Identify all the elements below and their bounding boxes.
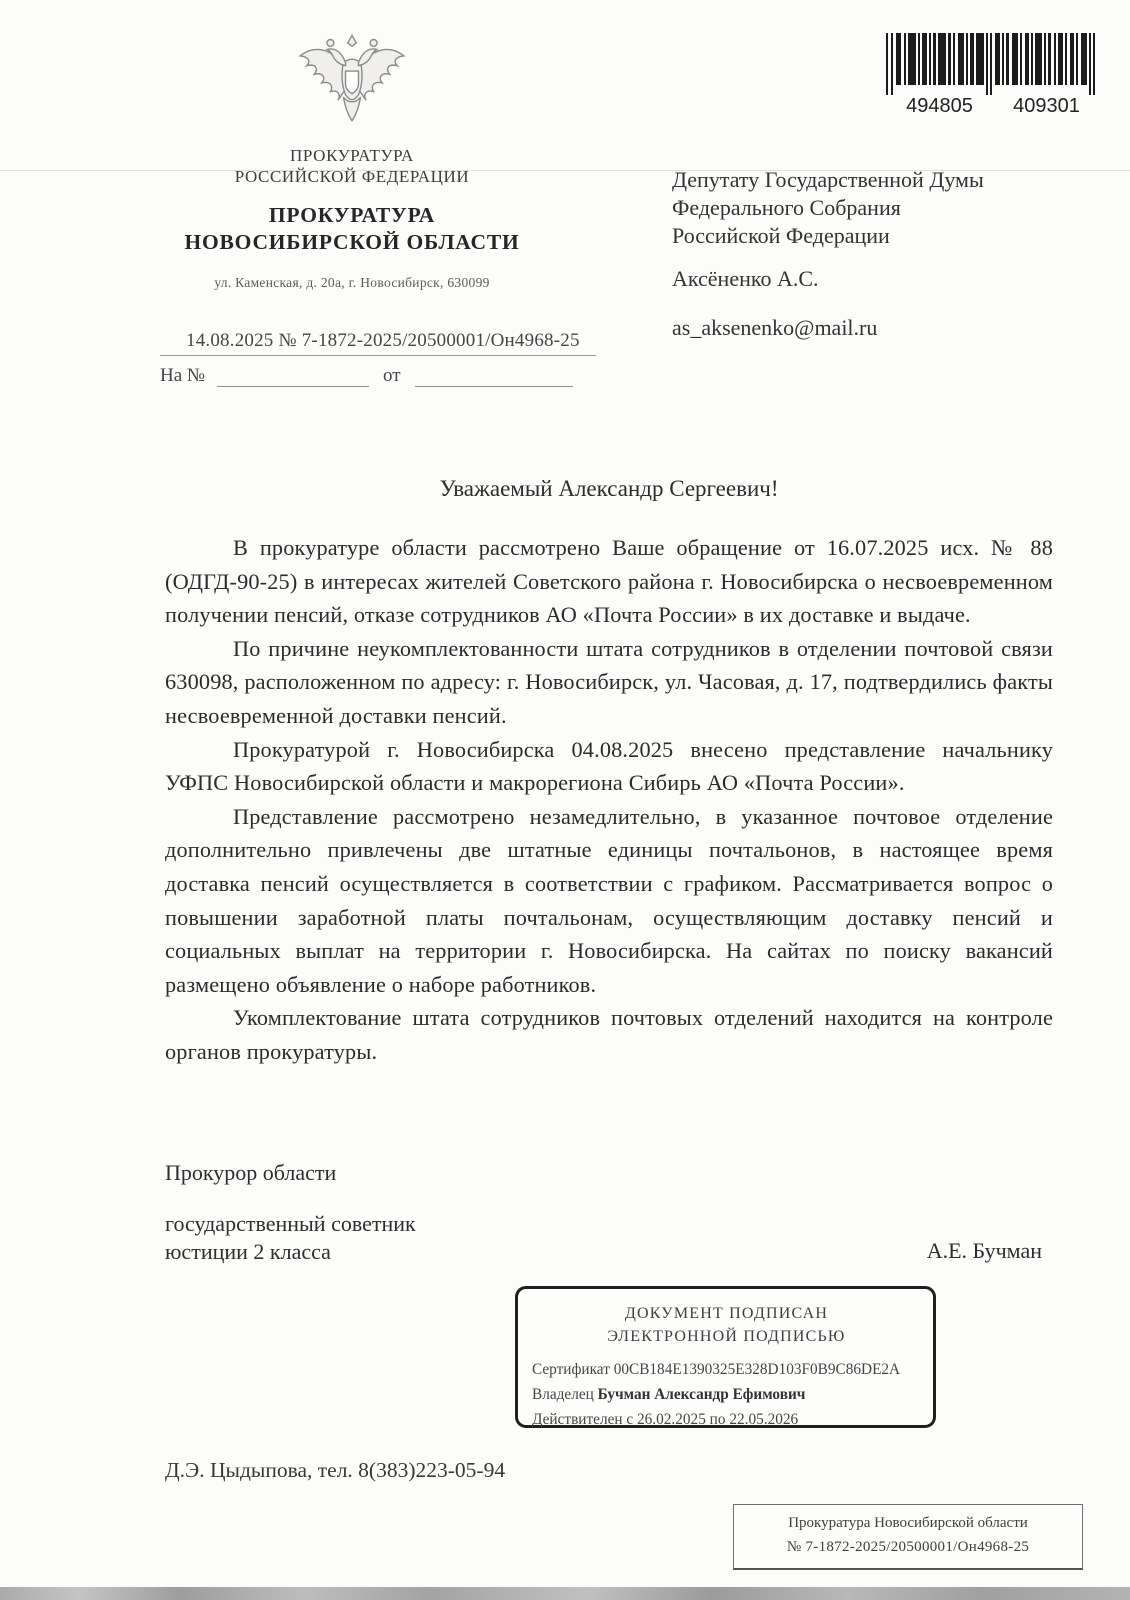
reply-number-blank (217, 366, 369, 387)
electronic-signature-stamp: ДОКУМЕНТ ПОДПИСАН ЭЛЕКТРОННОЙ ПОДПИСЬЮ С… (515, 1286, 936, 1428)
stamp-title-line1: ДОКУМЕНТ ПОДПИСАН (532, 1302, 921, 1325)
reference-block: 14.08.2025 № 7-1872-2025/20500001/Он4968… (160, 330, 596, 387)
signer-rank-line2: юстиции 2 класса (165, 1238, 416, 1266)
recipient-line: Федерального Собрания (672, 194, 984, 222)
barcode-number-right: 409301 (993, 95, 1100, 118)
stamp-certificate-row: Сертификат 00CB184E1390325E328D103F0B9C8… (532, 1357, 921, 1382)
body-paragraph: Представление рассмотрено незамедлительн… (165, 800, 1053, 1002)
reply-date-blank (415, 366, 573, 387)
body-paragraph: Укомплектование штата сотрудников почтов… (165, 1001, 1053, 1068)
scan-artifact-bottom-edge (0, 1587, 1130, 1600)
letter-body: В прокуратуре области рассмотрено Ваше о… (165, 531, 1053, 1069)
barcode: 494805 409301 (886, 33, 1100, 118)
registration-number: № 7-1872-2025/20500001/Он4968-25 (734, 1539, 1082, 1556)
russia-coat-of-arms-icon (286, 30, 418, 138)
parent-org-line1: ПРОКУРАТУРА (168, 145, 536, 166)
signer-rank: государственный советник юстиции 2 класс… (165, 1210, 416, 1266)
org-name: ПРОКУРАТУРА НОВОСИБИРСКОЙ ОБЛАСТИ (168, 202, 536, 256)
barcode-number-left: 494805 (886, 95, 993, 118)
parent-org-line2: РОССИЙСКОЙ ФЕДЕРАЦИИ (168, 166, 536, 187)
recipient-line: Депутату Государственной Думы (672, 166, 984, 194)
registration-stamp-box: Прокуратура Новосибирской области № 7-18… (733, 1504, 1083, 1570)
reply-from-label: от (383, 365, 401, 387)
recipient-name: Аксёненко А.С. (672, 265, 984, 293)
recipient-line: Российской Федерации (672, 222, 984, 250)
stamp-title-line2: ЭЛЕКТРОННОЙ ПОДПИСЬЮ (532, 1325, 921, 1348)
scanned-letter-page: ПРОКУРАТУРА РОССИЙСКОЙ ФЕДЕРАЦИИ ПРОКУРА… (0, 0, 1130, 1600)
signer-rank-line1: государственный советник (165, 1210, 416, 1238)
certificate-label: Сертификат (532, 1361, 610, 1378)
salutation: Уважаемый Александр Сергеевич! (165, 476, 1053, 502)
reply-reference-row: На № от (160, 365, 596, 387)
signer-name: А.Е. Бучман (927, 1238, 1042, 1264)
owner-value: Бучман Александр Ефимович (598, 1386, 806, 1403)
org-line1: ПРОКУРАТУРА (168, 202, 536, 229)
stamp-title: ДОКУМЕНТ ПОДПИСАН ЭЛЕКТРОННОЙ ПОДПИСЬЮ (532, 1302, 921, 1348)
stamp-details: Сертификат 00CB184E1390325E328D103F0B9C8… (532, 1357, 921, 1432)
body-paragraph: В прокуратуре области рассмотрено Ваше о… (165, 531, 1053, 632)
recipient-email: as_aksenenko@mail.ru (672, 314, 984, 342)
reply-number-label: На № (160, 365, 205, 387)
org-address: ул. Каменская, д. 20а, г. Новосибирск, 6… (168, 275, 536, 291)
org-line2: НОВОСИБИРСКОЙ ОБЛАСТИ (168, 229, 536, 256)
owner-label: Владелец (532, 1386, 594, 1403)
signer-position: Прокурор области (165, 1160, 336, 1186)
stamp-owner-row: Владелец Бучман Александр Ефимович (532, 1382, 921, 1407)
barcode-numbers: 494805 409301 (886, 95, 1100, 118)
barcode-icon (886, 33, 1100, 99)
executor-contact: Д.Э. Цыдыпова, тел. 8(383)223-05-94 (165, 1458, 505, 1483)
stamp-validity-row: Действителен с 26.02.2025 по 22.05.2026 (532, 1407, 921, 1432)
certificate-value: 00CB184E1390325E328D103F0B9C86DE2A (614, 1361, 900, 1378)
registration-org: Прокуратура Новосибирской области (734, 1515, 1082, 1532)
body-paragraph: По причине неукомплектованности штата со… (165, 632, 1053, 733)
letterhead: ПРОКУРАТУРА РОССИЙСКОЙ ФЕДЕРАЦИИ ПРОКУРА… (168, 30, 536, 291)
recipient-block: Депутату Государственной Думы Федерально… (672, 166, 984, 342)
outgoing-date-number: 14.08.2025 № 7-1872-2025/20500001/Он4968… (160, 330, 596, 356)
body-paragraph: Прокуратурой г. Новосибирска 04.08.2025 … (165, 733, 1053, 800)
parent-org-name: ПРОКУРАТУРА РОССИЙСКОЙ ФЕДЕРАЦИИ (168, 145, 536, 187)
